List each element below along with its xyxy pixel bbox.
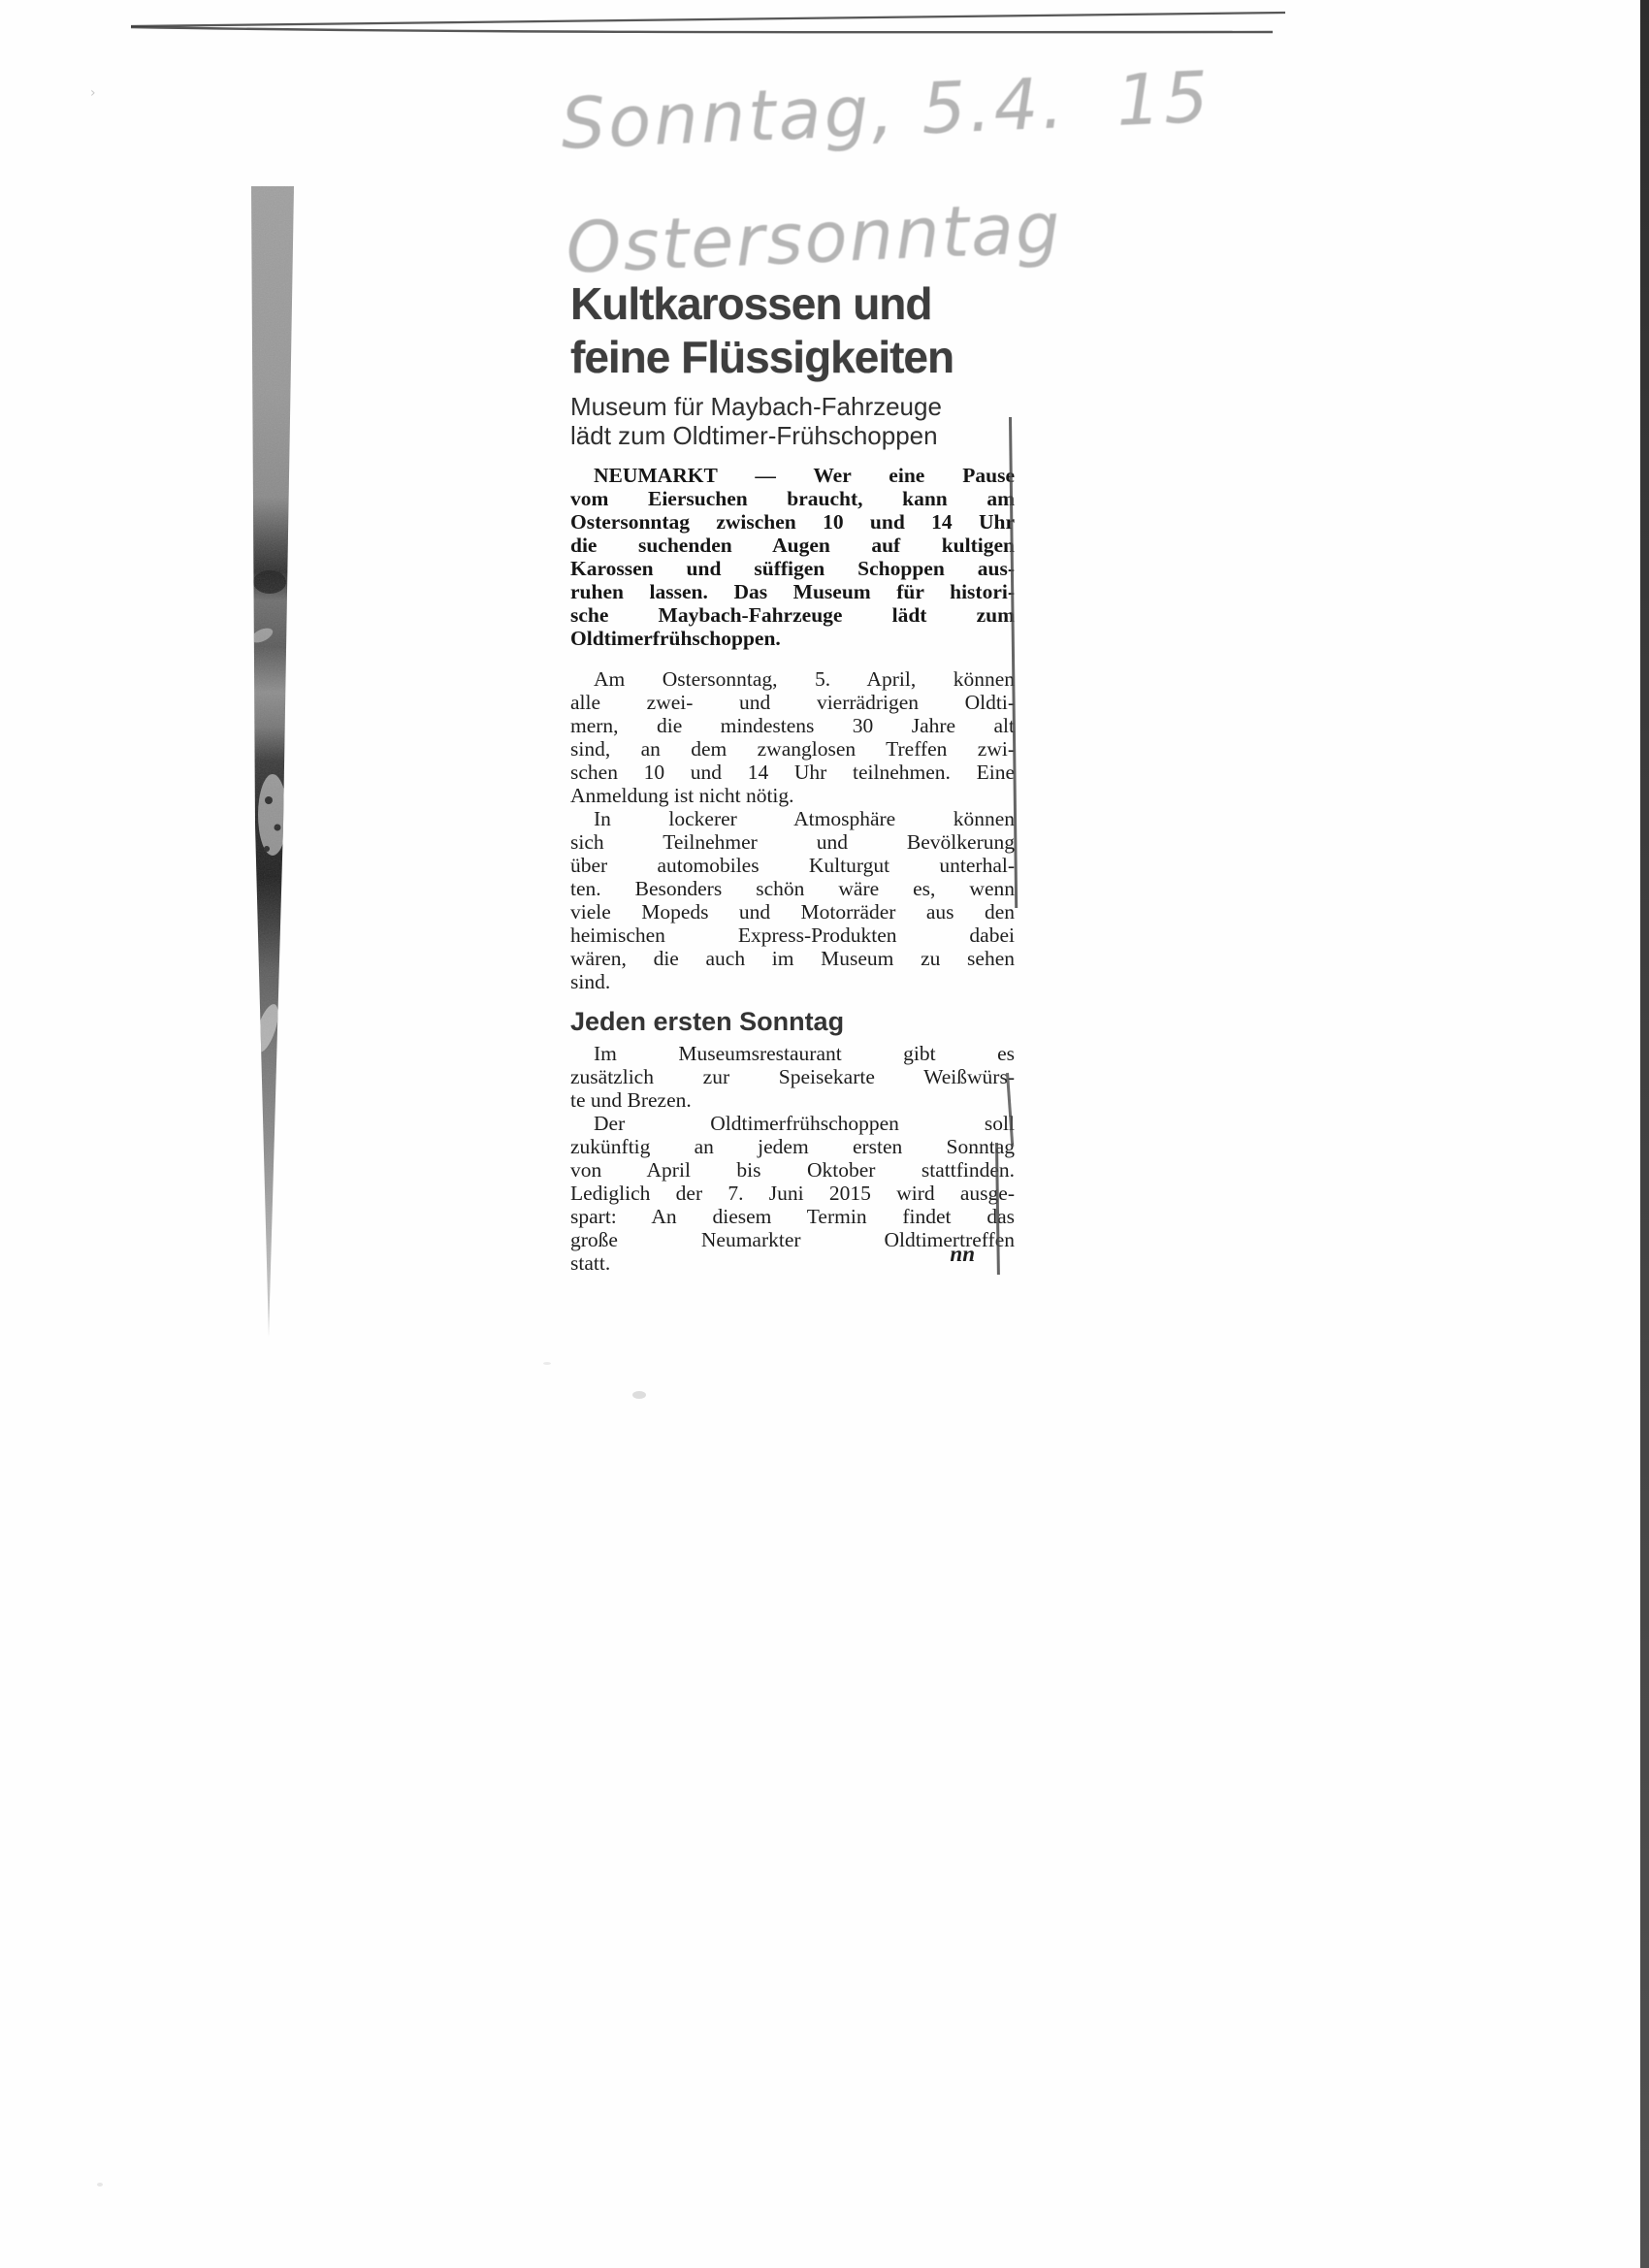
newspaper-clipping: Kultkarossen undfeine Flüssigkeiten Muse… [570, 277, 1015, 1275]
article-byline: nn [873, 1242, 975, 1267]
scan-speck: › [90, 85, 96, 101]
handwritten-note: Ostersonntag [565, 180, 1218, 289]
article-paragraph-lead: NEUMARKT — Wer eine Pausevom Eiersuchen … [570, 464, 1015, 650]
article-paragraph-4: Im Museumsrestaurant gibt eszusätzlich z… [570, 1042, 1015, 1112]
scan-speck [97, 2183, 103, 2187]
scanned-newspaper-page: Sonntag, 5.4. 15 Ostersonntag Kultkaross… [0, 0, 1649, 2268]
article-crosshead: Jeden ersten Sonntag [570, 1007, 1015, 1036]
scan-artifact-right-edge [1640, 0, 1649, 2268]
photo-strip-fragment [242, 179, 301, 1344]
article-subhead: Museum für Maybach-Fahrzeugelädt zum Old… [570, 392, 1015, 450]
article-paragraph-3: In lockerer Atmosphäre könnensich Teilne… [570, 807, 1015, 993]
scan-smudge [543, 1362, 551, 1365]
handwritten-date: Sonntag, 5.4. 15 [560, 56, 1213, 165]
article-paragraph-2: Am Ostersonntag, 5. April, könnenalle zw… [570, 667, 1015, 807]
scan-smudge [632, 1391, 646, 1399]
article-headline: Kultkarossen undfeine Flüssigkeiten [570, 277, 1015, 384]
